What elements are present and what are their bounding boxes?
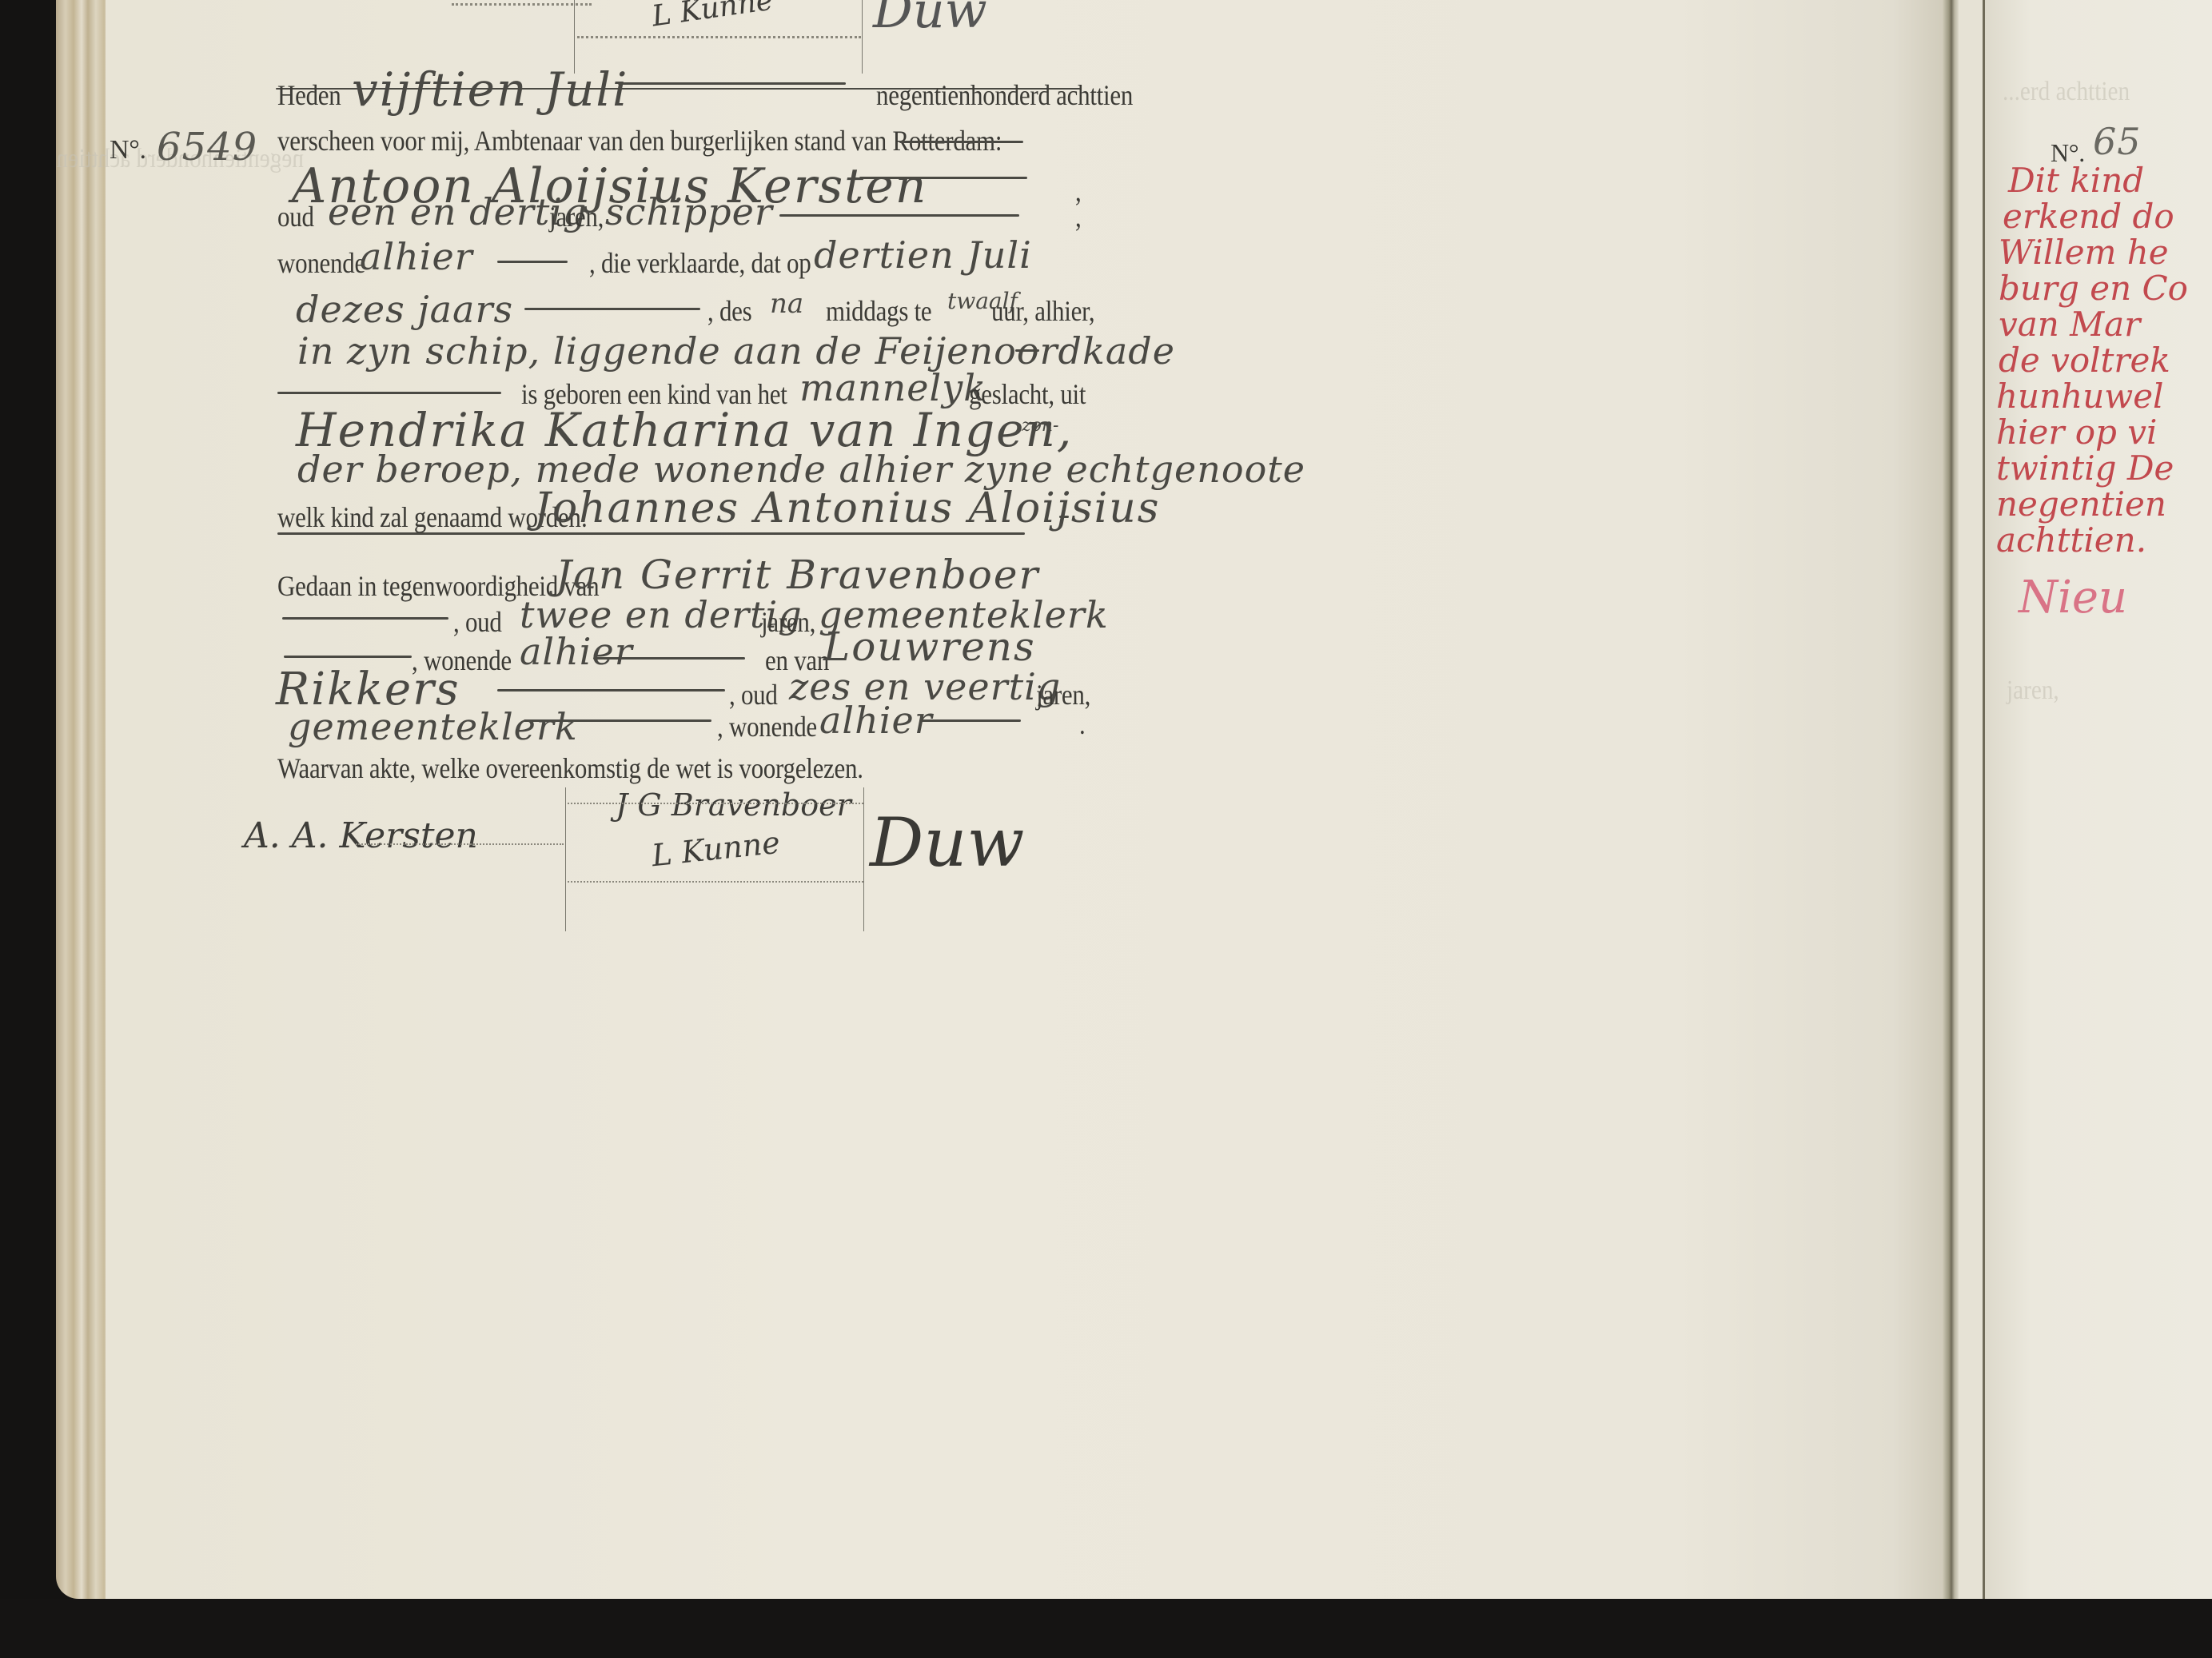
printed-jaren: jaren, — [1036, 678, 1090, 711]
child-name: Johannes Antonius Aloijsius — [534, 484, 1160, 532]
fill-rule — [1015, 349, 1039, 352]
right-show-through: ...erd achttien — [2003, 77, 2130, 107]
witness1-name: Jan Gerrit Bravenboer — [556, 552, 1039, 598]
margin-note-line: burg en Co — [1999, 272, 2188, 305]
fill-rule — [277, 392, 501, 394]
margin-note-line: hier op vi — [1996, 416, 2157, 449]
witness1-residence: alhier — [520, 630, 633, 673]
printed-closing: Waarvan akte, welke overeenkomstig de we… — [277, 751, 863, 785]
mother-zon: zon- — [1022, 416, 1058, 436]
witness2-occupation: gemeenteklerk — [288, 705, 578, 748]
fill-rule — [779, 214, 1019, 217]
printed-verscheen: verscheen voor mij, Ambtenaar van den bu… — [277, 124, 1002, 157]
background-bottom — [0, 1599, 2212, 1658]
fill-rule — [497, 261, 568, 263]
dotted-line — [577, 36, 861, 38]
right-show-through-jaren: jaren, — [2007, 676, 2059, 706]
fill-rule — [524, 719, 711, 722]
margin-note-line: Dit kind — [2008, 164, 2144, 197]
printed-oud: oud — [277, 200, 314, 233]
signature-registrar: Duw — [870, 803, 1024, 882]
witness2-residence: alhier — [819, 699, 933, 742]
dotted-line — [568, 881, 863, 883]
birth-place: in zyn schip, liggende aan de Feijenoord… — [297, 329, 1175, 373]
margin-note-line: van Mar — [1999, 308, 2140, 341]
printed-wonende: , wonende — [717, 710, 817, 743]
declarant-residence: alhier — [360, 235, 473, 278]
printed-heden: Heden — [277, 78, 341, 112]
margin-note-line: Willem he — [1999, 236, 2169, 269]
printed-verklaarde: , die verklaarde, dat op — [589, 246, 811, 280]
fill-rule — [277, 532, 1025, 535]
book-gutter — [1943, 0, 1959, 1599]
prev-signature-right: Duw — [873, 0, 987, 39]
fill-rule — [1059, 516, 1069, 518]
witness2-first-name: Louwrens — [823, 624, 1036, 670]
birth-year: dezes jaars — [296, 288, 513, 331]
dotted-line — [568, 803, 863, 804]
fill-rule — [899, 141, 1023, 143]
declarant-age: een en dertig — [328, 190, 587, 233]
fill-rule — [618, 82, 846, 85]
hand-date: vijftien Juli — [352, 62, 628, 117]
period: . — [1079, 707, 1085, 741]
declarant-occupation: schipper — [605, 190, 773, 233]
right-entry-number: 65 — [2093, 120, 2142, 163]
margin-note-line: achttien. — [1996, 524, 2146, 557]
printed-des: , des — [707, 294, 751, 328]
fill-rule — [284, 656, 412, 658]
printed-oud: , oud — [729, 678, 778, 711]
margin-note-signature: Nieu — [2019, 576, 2127, 620]
fill-rule — [593, 657, 745, 660]
dotted-line — [452, 3, 592, 6]
fill-rule — [919, 719, 1021, 722]
printed-oud: , oud — [453, 605, 502, 639]
birth-na: na — [770, 288, 803, 320]
column-divider — [565, 787, 566, 931]
fill-rule — [524, 308, 700, 310]
entry-number: 6549 — [157, 125, 257, 169]
margin-note-line: twintig De — [1996, 452, 2174, 485]
dotted-line — [356, 843, 564, 845]
fill-rule — [282, 617, 448, 620]
column-divider — [862, 0, 863, 74]
signature-declarant: A. A. Kersten — [244, 815, 478, 856]
column-divider — [863, 787, 864, 931]
fill-rule — [497, 689, 725, 691]
printed-uur: uur, alhier, — [991, 294, 1094, 328]
margin-note-line: de voltrek — [1999, 344, 2170, 377]
birth-day: dertien Juli — [814, 233, 1032, 277]
margin-note-line: erkend do — [2003, 200, 2174, 233]
printed-jaren: jaren, — [549, 200, 604, 233]
printed-wonende: wonende — [277, 246, 365, 280]
fill-rule — [859, 177, 1027, 179]
printed-middags: middags te — [826, 294, 931, 328]
comma: , — [1075, 200, 1081, 233]
signature-witness1: J G Bravenboer — [616, 787, 851, 823]
margin-note-line: negentien — [1996, 488, 2166, 521]
printed-year: negentienhonderd achttien — [876, 78, 1133, 112]
margin-note-line: hunhuwel — [1996, 380, 2164, 413]
printed-jaren: jaren, — [761, 605, 815, 639]
entry-no-label: N°. — [110, 135, 146, 165]
